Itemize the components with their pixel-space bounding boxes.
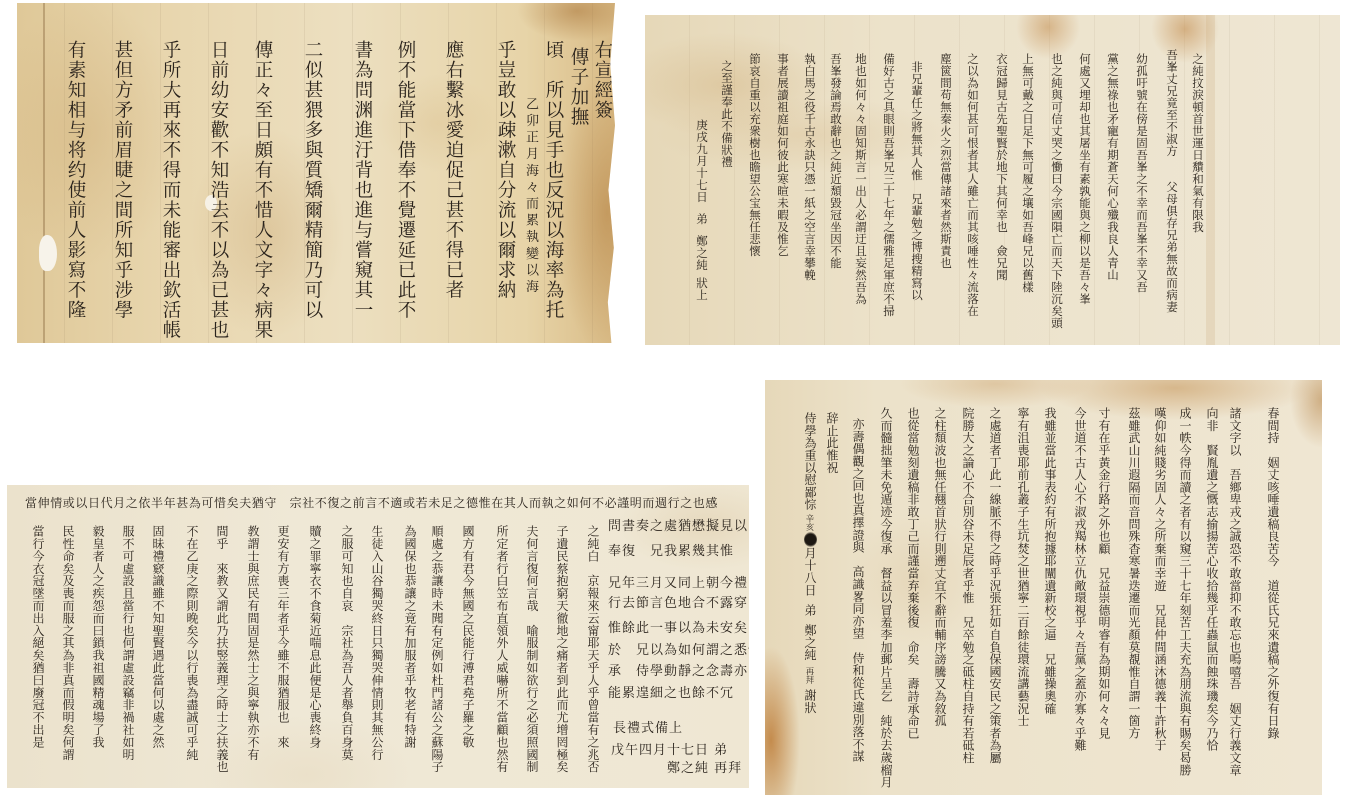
text-column: 吾峯發論焉敢辭也之純近頹毀冠坐因不能	[826, 53, 846, 269]
text-column: 非兄輩任之將無其人惟 兄輩勉之博搜精寫以	[907, 61, 927, 301]
text-column: 生徒入山谷獨哭終日只獨哭伸情則其無公行	[367, 525, 387, 761]
text-column: 不在乙庚之際則晚矣今以行喪為盡誠可乎純	[182, 525, 202, 761]
side-note-row: 問書奏之處猶懋擬見以	[608, 515, 748, 534]
text-column: 今世道不古人心不淑戎羯林立仇敵環視乎々吾黨之蓋亦寡々乎難	[1070, 407, 1090, 751]
sign-off: 謝狀	[803, 689, 817, 714]
text-column: 春間持 姻丈咳唾遺稿良苦今 道從氏兄來遺稿之外復有日錄	[1263, 407, 1283, 739]
text-column: 乎豈敢以疎漱自分流以爾求納	[493, 40, 517, 300]
text-column: 之純抆淚頓首世運日穨和氣有限我	[1188, 53, 1208, 233]
sign-off: 狀上	[695, 277, 709, 301]
letter-year: 辛亥	[805, 514, 815, 531]
text-column: 嘆仰如純賤劣固人々之所棄而幸遊 兄昆仲間涵沐德義十許秋于	[1150, 407, 1170, 751]
side-note-row: 惟餘此一事以為未安矣	[608, 617, 748, 636]
text-column: 乎所大再來不得而未能審出欽活帳	[158, 40, 182, 340]
text-column: 傳正々至日頗有不惜人文字々病果	[250, 40, 274, 340]
text-column: 也從當勉刻遺稿非敢丁己而謹當弃棄後復 命矣 壽詩承命已	[903, 407, 923, 739]
letter-date: 戊午四月十七日	[611, 743, 709, 758]
text-column: 服不可虛設且當行也何謂虛設竊非禍社如明	[118, 525, 138, 761]
text-column: 亦壽偶觀之回也真擇證與 高識畧同亦望 侍和從氏違別落不謀	[848, 418, 868, 762]
text-column: 傳子加撫	[566, 47, 590, 127]
sender-name: 鄭之純	[667, 761, 709, 776]
sender-relation: 弟	[714, 743, 728, 758]
paper-damage-spot	[39, 235, 57, 271]
text-column: 更安有方喪三年者乎今雖不服猶服也 來	[273, 525, 293, 748]
text-column: 地也如何々々固知斯言一出人必謂迂且妄然吾為	[851, 53, 871, 305]
paper-fold-line	[43, 3, 45, 343]
side-note-row: 長禮式備上	[613, 717, 683, 736]
text-column: 執白馬之役千古永訣只憑一紙之空言幸攀輓	[800, 53, 820, 281]
text-column: 日前幼安歡不知浩去不以為已甚也	[206, 40, 230, 340]
text-column: 右宣經簽	[590, 40, 614, 120]
text-column: 為國保也恭讓之竟有加服者乎牧老有特謝	[400, 525, 420, 748]
text-column: 所定者行白笠布直領外人威嚇所不當顧也然有	[492, 525, 512, 773]
text-column: 教謂士與庶民有間固是然士之與寧執亦不有	[243, 525, 263, 761]
text-column: 幼孤吁號在傍是固吾峯之不幸而吾峯不幸又吾	[1132, 53, 1152, 293]
letter-document-3: 春間持 姻丈咳唾遺稿良苦今 道從氏兄來遺稿之外復有日錄 諸文字以 吾鄉卑戎之誠恐…	[765, 380, 1322, 795]
text-column: 茲雖武山川遐隔而音問殊杳寒暑迭遷而光顏莫覩惟自謂一箇方	[1124, 407, 1144, 739]
text-column: 甚但方矛前眉睫之間所知乎涉學	[110, 40, 134, 320]
letter-document-4: 當伸情或以日代月之依半年甚為可惜矣夫猶守 宗社不復之前言不適或若未足之德惟在其人…	[7, 485, 749, 788]
margin-note-line: 當伸情或以日代月之依半年甚為可惜矣夫猶守 宗社不復之前言不適或若未足之德惟在其人…	[25, 494, 718, 511]
text-column: 何處又埋却也其屠坐有素孰能與之柳以是吾々峯	[1075, 53, 1095, 305]
letter-closing-column: 侍學為重以慰鄙悰辛亥月十八日弟鄭之純再拜謝狀	[800, 412, 820, 713]
bow-note: 再拜	[805, 667, 815, 684]
side-note-row: 能累遑細之也餘不冗	[608, 682, 734, 701]
letter-date: 月十八日	[803, 547, 817, 596]
text-column: 之純白 京報來云甯耶天乎人乎曾當有之兆否	[583, 525, 603, 773]
text-column: 之處道者丁此一線脈不得之時乎況張狂如自負保國安民之策者為屬	[985, 407, 1005, 764]
text-column: 寸有在乎黃金行路之外也顧 兄益崇德明睿有為期如何々々見	[1094, 407, 1114, 739]
text-column: 書為問渊進汙背也進与嘗窺其一	[350, 40, 374, 320]
text-column: 之柱頹波也無任翹首狀行則遡丈宜不辭而輔序謗騰又為敘孤	[930, 407, 950, 727]
text-column-annotation: 乙卯正月海々而累執變以海	[521, 97, 539, 296]
text-column: 諸文字以 吾鄉卑戎之誠恐不敢當抑不敢忘也嗚嘻吾 姻丈行義文章	[1225, 407, 1245, 776]
text-column: 塵篋間苟無秦火之烈當傳諸來者然斯責也	[936, 53, 956, 269]
sender-name: 鄭之純	[695, 235, 709, 271]
text-column: 例不能當下借奉不覺遷延已此不	[393, 40, 417, 320]
text-column: 毅皇者人之疾怨而曰鎖我祖國精魂場了我	[88, 525, 108, 748]
side-note-row: 奉復 兄我累幾其惟	[608, 540, 734, 559]
text-column: 院勝大之論心不合別谷未足辰者乎惟 兄卒勉之砥柱自持有若砥柱	[958, 407, 978, 764]
text-column: 頃 所以見手也反況以海率為托	[541, 40, 565, 320]
text-column: 衣冠歸見古先聖賢於地下其何幸也 僉兄聞	[992, 53, 1012, 281]
text-column: 之至謹奉此不備狀禮	[717, 60, 737, 168]
side-note-row: 於 兄以為如何謂之悉情	[608, 639, 749, 658]
text-column: 間乎 來教又謂此乃扶竪義理之時士之扶義也	[212, 525, 232, 773]
text-column: 辞止此惟祝	[822, 412, 842, 474]
text-column: 黨之無祿也矛寵有期蒼天何心殲我良人青山	[1103, 53, 1123, 281]
text-column: 之以為如何甚可恨者其人雖亡而其咳唾性々流落在	[963, 53, 983, 317]
sign-off: 再拜	[714, 761, 742, 776]
text-column: 節哀自重以充衆樹也瞻望公宝無任悲懷	[745, 53, 765, 257]
text-column: 國方有君今無國之民能行溥君堯子羅之敬	[458, 525, 478, 748]
text-column: 事者展讀祖庭如何彼此寒暄未暇及惟乞	[773, 53, 793, 257]
text-column: 二似甚猥多與質矯爾精簡乃可以	[300, 40, 324, 320]
text-column: 民性命矣及喪而服之其為非真而假明矣何謂	[58, 525, 78, 761]
sender-relation: 弟	[695, 213, 709, 225]
text-column: 成一帙今得而讀之者有以窺三十七年刻苦工夫充為朋流與有賜矣曷勝	[1175, 407, 1195, 776]
text-column: 有素知相与将约使前人影寫不隆	[63, 40, 87, 320]
text-column: 順處之恭讓時未聞有定例如杜門諸公之蘇陽子	[427, 525, 447, 773]
letter-closing-column: 庚戌九月十七日弟鄭之純狀上	[692, 119, 712, 301]
side-note-date-row: 戊午四月十七日 弟	[611, 739, 728, 758]
letter-document-2: 之純抆淚頓首世運日穨和氣有限我 吾峯丈兄竟至不淑方 父母俱存兄弟無故而病妻 幼孤…	[645, 15, 1340, 345]
sender-relation: 弟	[803, 604, 817, 616]
text-column: 之服可知也自哀 宗社為吾人者舉負百身莫	[337, 525, 357, 761]
text-column: 贖之罪寧衣不食菊近喘息此便是心喪終身	[305, 525, 325, 748]
closing-text: 侍學為重以慰鄙悰	[803, 412, 817, 510]
text-column: 我雖並當此事表約有所抱據耶闡遺新校之逼 兄雖操奧確	[1040, 407, 1060, 715]
text-column: 上無可戴之日足下無可履之壤如吾峰兄以舊樣	[1018, 53, 1038, 293]
letter-document-1: 右宣經簽 傳子加撫 頃 所以見手也反況以海率為托 乙卯正月海々而累執變以海 乎豈…	[17, 3, 615, 343]
side-note-row: 兄年三月又同上朝今禮	[608, 572, 748, 591]
side-note-row: 行去節言色地合不露穿	[608, 592, 748, 611]
sender-name: 鄭之純	[803, 624, 817, 661]
text-column: 也之純與可信丈哭之慟曰今宗國隕亡而天下陸沉矣頭	[1047, 53, 1067, 329]
ink-blot	[804, 532, 817, 547]
text-column: 寧有沮喪耶前孔叢子生坑焚之世猶寧二百餘徒環流講藝況士	[1013, 407, 1033, 727]
text-column: 備好古之具眼則吾峯兄三十七年之儒雅足軍庶不掃	[879, 53, 899, 317]
letter-date: 庚戌九月十七日	[695, 119, 709, 203]
text-column: 久而髓拙筆未免遁迹今復承 督益以冒羞李加郵片呈乞 純於去歲榴月	[876, 407, 896, 788]
text-column: 子遺民蔡抱窮天徹地之痛者到此而尤增罔極矣	[552, 525, 572, 773]
text-column: 固昧禮窽識雖不知聖賢遇此當何以處之然	[148, 525, 168, 748]
side-note-signature-row: 鄭之純 再拜	[667, 757, 742, 776]
text-column: 向非 賢胤遺之慨志揄揚苦心收拾幾乎任蟲鼠而蝕珠璣矣今乃恰	[1202, 407, 1222, 751]
text-column: 吾峯丈兄竟至不淑方 父母俱存兄弟無故而病妻	[1162, 49, 1182, 313]
text-column: 應右繫冰愛迫促己甚不得已者	[441, 40, 465, 300]
text-column: 當行今衣冠墜而出入絕矣猶曰廢冠不出是	[28, 525, 48, 748]
text-column: 夫何言復何言哉 喻服制如欲行之必須照國制	[522, 525, 542, 773]
side-note-row: 承 侍學動靜之念壽亦	[608, 660, 748, 679]
